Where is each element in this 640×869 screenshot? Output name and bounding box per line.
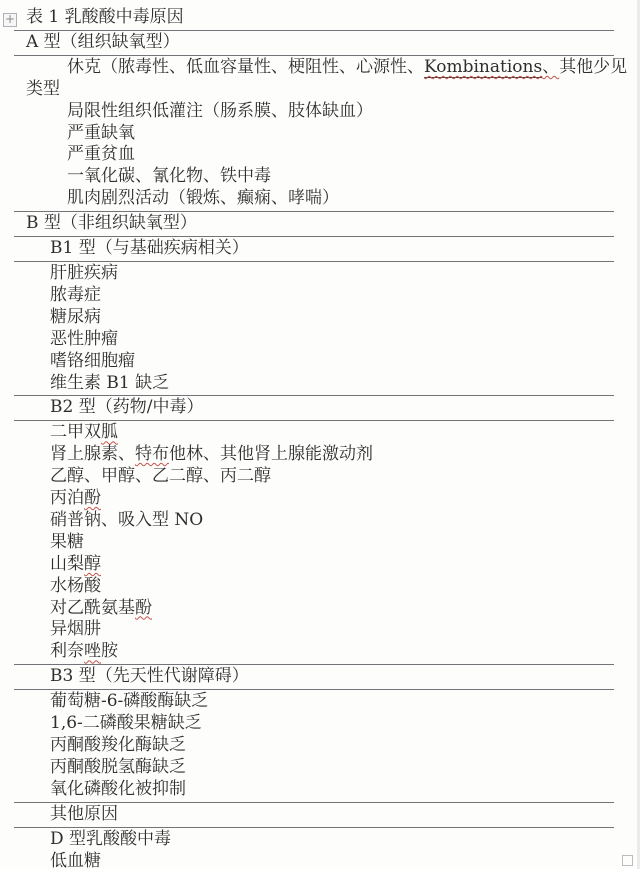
table-row: 硝普钠、吸入型 NO: [0, 510, 640, 532]
row-text: 二甲双: [50, 422, 101, 442]
row-text: 果糖: [50, 532, 84, 552]
table-row: 利奈唑胺: [0, 641, 640, 663]
table-row: 恶性肿瘤: [0, 329, 640, 351]
row-text: 1,6-二磷酸果糖缺乏: [50, 713, 202, 733]
row-text: 丙酮酸羧化酶缺乏: [50, 735, 186, 755]
row-text: 乙醇、甲醇、乙二醇、丙二醇: [50, 466, 271, 486]
row-text: 肌肉剧烈活动（锻炼、癫痫、哮喘）: [67, 188, 339, 208]
row-text: 丙泊: [50, 488, 84, 508]
row-text: B1 型（与基础疾病相关）: [50, 238, 249, 258]
table-rule: [14, 664, 614, 665]
row-text: 低血糖: [50, 851, 101, 869]
table-rule: [14, 236, 614, 237]
row-text: 肝脏疾病: [50, 263, 118, 283]
row-text: 肾上腺素、: [50, 444, 135, 464]
misspelled-text: 、: [542, 57, 559, 77]
row-text: 异烟肼: [50, 619, 101, 639]
section-header-row: A 型（组织缺氧型）: [0, 32, 640, 54]
table-row: 局限性组织低灌注（肠系膜、肢体缺血）: [0, 101, 640, 123]
row-text: D 型乳酸酸中毒: [50, 829, 171, 849]
section-header-row: 其他原因: [0, 804, 640, 826]
row-text: 葡萄糖-6-磷酸酶缺乏: [50, 691, 208, 711]
misspelled-text: 醇: [84, 554, 101, 574]
row-text: 休克（脓毒性、低血容量性、梗阻性、心源性、: [67, 57, 424, 77]
row-text: 表 1 乳酸酸中毒原因: [26, 7, 184, 27]
row-text: 氧化磷酸化被抑制: [50, 779, 186, 799]
table-row: 丙酮酸脱氢酶缺乏: [0, 757, 640, 779]
section-header-row: B1 型（与基础疾病相关）: [0, 238, 640, 260]
row-text: 胺: [101, 641, 118, 661]
table-rule: [14, 689, 614, 690]
row-text: 严重贫血: [67, 144, 135, 164]
row-text: 严重缺氧: [67, 123, 135, 143]
table-row: 肝脏疾病: [0, 263, 640, 285]
table-rule: [14, 261, 614, 262]
table-row: 严重贫血: [0, 144, 640, 166]
table-row: 果糖: [0, 532, 640, 554]
row-text: 维生素 B1 缺乏: [50, 373, 169, 393]
misspelled-text: 胍: [101, 422, 118, 442]
table-row: 低血糖: [0, 851, 640, 869]
table-row: 异烟肼: [0, 619, 640, 641]
table-rule: [14, 395, 614, 396]
table-row: 嗜铬细胞瘤: [0, 351, 640, 373]
row-text: B3 型（先天性代谢障碍）: [50, 666, 249, 686]
table-row: 对乙酰氨基酚: [0, 598, 640, 620]
table-row: 肾上腺素、特布他林、其他肾上腺能激动剂: [0, 444, 640, 466]
table-row: 丙酮酸羧化酶缺乏: [0, 735, 640, 757]
table-title-row: 表 1 乳酸酸中毒原因: [0, 7, 640, 29]
row-text: 脓毒症: [50, 285, 101, 305]
table-row: 糖尿病: [0, 307, 640, 329]
misspelled-text: 特布: [135, 444, 169, 464]
row-text: B 型（非组织缺氧型）: [26, 213, 197, 233]
row-text: A 型（组织缺氧型）: [26, 32, 180, 52]
row-text: 山梨: [50, 554, 84, 574]
table-row: 休克（脓毒性、低血容量性、梗阻性、心源性、Kombinations、其他少见类型: [0, 57, 640, 101]
table-row: 山梨醇: [0, 554, 640, 576]
section-header-row: B2 型（药物/中毒）: [0, 397, 640, 419]
table-body: 表 1 乳酸酸中毒原因A 型（组织缺氧型）休克（脓毒性、低血容量性、梗阻性、心源…: [0, 0, 640, 869]
table-rule: [14, 420, 614, 421]
misspelled-text: Kombinations: [424, 57, 542, 78]
row-text: 硝普钠、吸入型 NO: [50, 510, 203, 530]
row-text: 恶性肿瘤: [50, 329, 118, 349]
row-text: 嗜铬细胞瘤: [50, 351, 135, 371]
table-rule: [14, 211, 614, 212]
table-row: 乙醇、甲醇、乙二醇、丙二醇: [0, 466, 640, 488]
row-text: 丙酮酸脱氢酶缺乏: [50, 757, 186, 777]
misspelled-text: 唑: [84, 641, 101, 661]
row-text: B2 型（药物/中毒）: [50, 397, 203, 417]
table-rule: [14, 802, 614, 803]
document-page: + 表 1 乳酸酸中毒原因A 型（组织缺氧型）休克（脓毒性、低血容量性、梗阻性、…: [0, 0, 640, 869]
table-rule: [14, 55, 614, 56]
row-text: 他林、其他肾上腺能激动剂: [169, 444, 373, 464]
row-text: 对乙酰氨基: [50, 598, 135, 618]
row-text: 糖尿病: [50, 307, 101, 327]
table-row: 二甲双胍: [0, 422, 640, 444]
row-text: 局限性组织低灌注（肠系膜、肢体缺血）: [67, 101, 373, 121]
table-row: 氧化磷酸化被抑制: [0, 779, 640, 801]
misspelled-text: 酚: [135, 598, 152, 618]
section-header-row: B 型（非组织缺氧型）: [0, 213, 640, 235]
table-rule: [14, 30, 614, 31]
table-row: 维生素 B1 缺乏: [0, 373, 640, 395]
table-row: 1,6-二磷酸果糖缺乏: [0, 713, 640, 735]
table-resize-handle-icon[interactable]: [622, 855, 633, 866]
table-row: 严重缺氧: [0, 123, 640, 145]
table-row: 丙泊酚: [0, 488, 640, 510]
table-row: 肌肉剧烈活动（锻炼、癫痫、哮喘）: [0, 188, 640, 210]
section-header-row: B3 型（先天性代谢障碍）: [0, 666, 640, 688]
row-text: 水杨酸: [50, 576, 101, 596]
table-row: 脓毒症: [0, 285, 640, 307]
row-text: 其他原因: [50, 804, 118, 824]
table-row: 葡萄糖-6-磷酸酶缺乏: [0, 691, 640, 713]
table-row: 水杨酸: [0, 576, 640, 598]
misspelled-text: 酚: [84, 488, 101, 508]
table-row: 一氧化碳、氰化物、铁中毒: [0, 166, 640, 188]
table-rule: [14, 827, 614, 828]
table-move-handle-icon[interactable]: +: [3, 13, 17, 27]
row-text: 一氧化碳、氰化物、铁中毒: [67, 166, 271, 186]
table-row: D 型乳酸酸中毒: [0, 829, 640, 851]
row-text: 利奈: [50, 641, 84, 661]
